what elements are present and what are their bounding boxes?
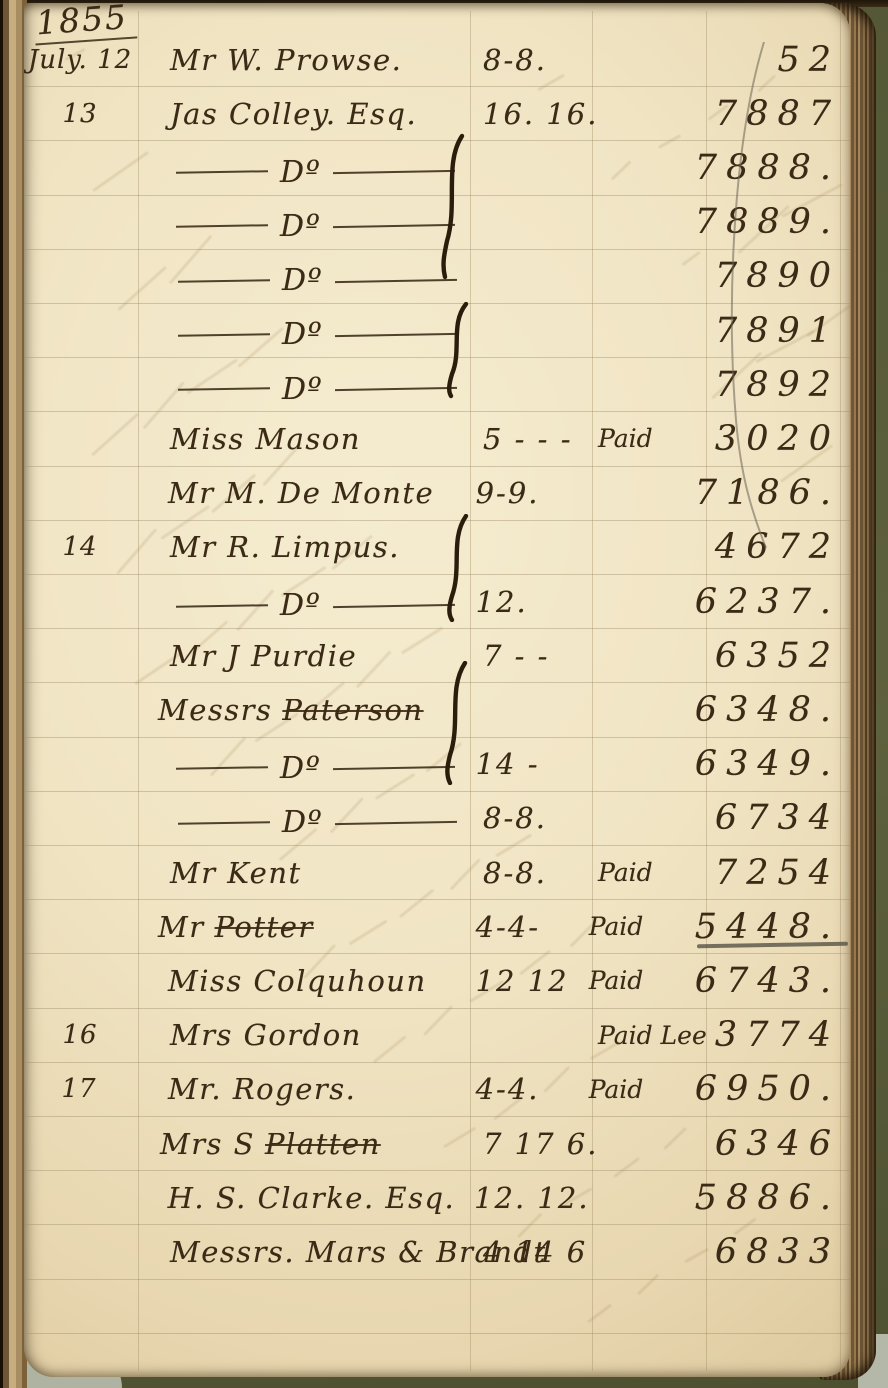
- ledger-row: Mrs SPlatten Dº 7 17 6. 6346: [24, 1117, 850, 1171]
- entry-amount: 12 12: [463, 964, 583, 998]
- ledger-row: 13 Jas Colley. Esq. Dº 16. 16. 7887: [24, 87, 850, 141]
- entry-name-text: Paterson: [282, 693, 423, 727]
- ledger-row: Miss Mason Dº 5 - - - Paid 3020: [24, 412, 850, 466]
- ditto-dash-right: [335, 279, 457, 283]
- ditto-dash-right: [333, 604, 455, 608]
- entry-amount: 12.: [463, 585, 583, 619]
- ledger-row: Messrs. Mars & Brandt Dº 4 14 6 6833: [24, 1225, 850, 1279]
- entry-date: July. 12: [24, 45, 136, 75]
- entry-number: 7891: [706, 311, 850, 351]
- entry-amount: 4 14 6: [470, 1235, 592, 1269]
- paid-note: Paid: [583, 1075, 695, 1104]
- entry-name: Mr J Purdie Dº: [136, 639, 470, 673]
- ditto-label: Dº: [282, 372, 323, 407]
- paid-note: Paid: [592, 424, 706, 453]
- entry-number: 7890: [706, 256, 850, 296]
- ditto-dash-left: [176, 225, 268, 229]
- entry-number: 6346: [706, 1124, 850, 1164]
- ditto-mark: Dº: [178, 805, 457, 840]
- ditto-dash-right: [333, 766, 455, 770]
- entry-number: 5886.: [695, 1178, 850, 1218]
- ditto-dash-left: [178, 821, 270, 825]
- ditto-label: Dº: [282, 317, 323, 352]
- entry-name: Miss Colquhoun Dº: [134, 964, 463, 998]
- entry-number: 6352: [706, 636, 850, 676]
- ditto-label: Dº: [282, 805, 323, 840]
- entry-number: 4672: [706, 527, 850, 567]
- entry-name: Mr W. Prowse. Dº: [136, 43, 470, 77]
- ledger-row: Mr Kent Dº 8-8. Paid 7254: [24, 846, 850, 900]
- ditto-label: Dº: [280, 209, 321, 244]
- ditto-dash-left: [176, 604, 268, 608]
- entry-date: 17: [24, 1074, 134, 1104]
- ditto-dash-left: [178, 279, 270, 283]
- entry-number: 7888.: [695, 148, 850, 188]
- entry-name: H. S. Clarke. Esq. Dº: [134, 1181, 461, 1215]
- entry-number: 7889.: [695, 202, 850, 242]
- ditto-mark: Dº: [176, 751, 455, 786]
- entry-name: Dº: [136, 255, 470, 299]
- ditto-mark: Dº: [178, 372, 457, 407]
- entry-name-text: Mr W. Prowse.: [170, 43, 402, 77]
- entry-name-text: Platten: [265, 1127, 381, 1161]
- entry-amount: 14 -: [463, 747, 583, 781]
- ditto-dash-left: [176, 767, 268, 771]
- ledger-row: Dº 7892: [24, 358, 850, 412]
- ledger-row: MessrsPaterson Dº 6348.: [24, 683, 850, 737]
- ditto-dash-right: [335, 821, 457, 825]
- entry-number: 52: [706, 40, 850, 80]
- entry-name: Messrs. Mars & Brandt Dº: [136, 1235, 470, 1269]
- entry-name-text: Mr J Purdie: [170, 639, 357, 673]
- entry-name: Mr M. De Monte Dº: [134, 476, 463, 510]
- entry-name: Mrs SPlatten Dº: [136, 1127, 470, 1161]
- entry-name-prefix: Mr: [158, 910, 205, 944]
- entry-name-text: Mr. Rogers.: [168, 1072, 356, 1106]
- entry-name: Dº: [136, 309, 470, 353]
- ledger-row: Dº 12. 6237.: [24, 575, 850, 629]
- entry-number: 6348.: [695, 690, 850, 730]
- ditto-dash-right: [333, 224, 455, 228]
- entry-name: Dº: [136, 1289, 470, 1323]
- ditto-mark: Dº: [176, 155, 455, 190]
- entry-name-text: Miss Colquhoun: [168, 964, 427, 998]
- entry-name: Dº: [134, 200, 463, 244]
- paid-note: Paid: [583, 912, 695, 941]
- entry-number: 6950.: [695, 1069, 850, 1109]
- entry-name: Mr. Rogers. Dº: [134, 1072, 463, 1106]
- ledger-row: Miss Colquhoun Dº 12 12 Paid 6743.: [24, 954, 850, 1008]
- ledger-row: Dº: [24, 1280, 850, 1334]
- ledger-row: July. 12 Mr W. Prowse. Dº 8-8. 52: [24, 33, 850, 87]
- ledger-row: Dº 7888.: [24, 141, 850, 195]
- entry-amount: 9-9.: [463, 476, 583, 510]
- entry-name-text: Mr Kent: [170, 856, 302, 890]
- paid-note: Paid: [583, 966, 695, 995]
- ditto-dash-right: [333, 170, 455, 174]
- entry-amount: 8-8.: [470, 43, 592, 77]
- entry-number: 7254: [706, 853, 850, 893]
- entry-name: Mr R. Limpus. Dº: [136, 530, 470, 564]
- ledger-row: Mr J Purdie Dº 7 - - 6352: [24, 629, 850, 683]
- ditto-label: Dº: [282, 263, 323, 298]
- entry-name-prefix: Messrs: [158, 693, 272, 727]
- entry-name: Mrs Gordon Dº: [136, 1018, 470, 1052]
- entry-name: Dº: [136, 797, 470, 841]
- ditto-label: Dº: [280, 588, 321, 623]
- ledger-row: Dº 14 - 6349.: [24, 738, 850, 792]
- ditto-dash-right: [335, 387, 457, 391]
- entry-name-text: Mr R. Limpus.: [170, 530, 400, 564]
- entry-name: Miss Mason Dº: [136, 422, 470, 456]
- entry-name: Dº: [134, 742, 463, 786]
- ditto-dash-left: [176, 170, 268, 174]
- entry-number: 6833: [706, 1232, 850, 1272]
- ditto-dash-left: [178, 387, 270, 391]
- entry-name: Dº: [136, 1343, 470, 1377]
- entry-amount: 8-8.: [470, 856, 592, 890]
- entry-name: MessrsPaterson Dº: [134, 693, 463, 727]
- entry-name: Mr Kent Dº: [136, 856, 470, 890]
- ledger-row: H. S. Clarke. Esq. Dº 12. 12. 5886.: [24, 1171, 850, 1225]
- entry-name: Dº: [134, 580, 463, 624]
- year-heading: 1855: [33, 3, 138, 46]
- ledger-row: Dº 7891: [24, 304, 850, 358]
- entry-amount: 16. 16.: [470, 97, 592, 131]
- entry-number: 6349.: [695, 744, 850, 784]
- entry-date: 14: [24, 532, 136, 562]
- entry-number: 7887: [706, 94, 850, 134]
- paid-note: Paid Lee: [592, 1021, 706, 1050]
- ditto-mark: Dº: [176, 209, 455, 244]
- ledger-row: Mr M. De Monte Dº 9-9. 7186.: [24, 467, 850, 521]
- ditto-mark: Dº: [178, 263, 457, 298]
- entry-number: 7186.: [695, 473, 850, 513]
- entry-amount: 4-4-: [463, 910, 583, 944]
- entry-amount: 8-8.: [470, 801, 592, 835]
- entry-number: 6743.: [695, 961, 850, 1001]
- entry-name-text: Miss Mason: [170, 422, 361, 456]
- entry-name-text: Jas Colley. Esq.: [170, 97, 417, 131]
- entry-name: Dº: [134, 146, 463, 190]
- entry-amount: 7 17 6.: [470, 1127, 592, 1161]
- ledger-row: Dº 7890: [24, 250, 850, 304]
- entry-date: 13: [24, 99, 136, 129]
- ledger-row: Dº 8-8. 6734: [24, 792, 850, 846]
- entry-amount: 7 - -: [470, 639, 592, 673]
- ledger-row: Dº: [24, 1334, 850, 1377]
- ditto-mark: Dº: [176, 588, 455, 623]
- entry-name: Dº: [136, 363, 470, 407]
- ledger-row: 17 Mr. Rogers. Dº 4-4. Paid 6950.: [24, 1063, 850, 1117]
- entry-number: 6237.: [695, 582, 850, 622]
- ditto-dash-right: [335, 333, 457, 337]
- ledger-page: 1855 July. 12 Mr W. Prowse. Dº 8-8. 52 1…: [24, 3, 850, 1377]
- entry-number: 5448.: [695, 907, 850, 947]
- entry-amount: 4-4.: [463, 1072, 583, 1106]
- paid-note: Paid: [592, 858, 706, 887]
- entry-name: Jas Colley. Esq. Dº: [136, 97, 470, 131]
- ledger-row: 14 Mr R. Limpus. Dº 4672: [24, 521, 850, 575]
- ditto-mark: Dº: [178, 317, 457, 352]
- entry-amount: 12. 12.: [461, 1181, 583, 1215]
- scanned-ledger-photo: { "header": { "year": "1855" }, "ditto_l…: [0, 0, 888, 1388]
- ledger-row: 16 Mrs Gordon Dº Paid Lee 3774: [24, 1009, 850, 1063]
- entry-number: 7892: [706, 365, 850, 405]
- book-binding-left-edge: [0, 0, 27, 1388]
- entry-number: 6734: [706, 798, 850, 838]
- entry-name: MrPotter Dº: [134, 910, 463, 944]
- entry-name-text: Potter: [215, 910, 314, 944]
- entry-date: 16: [24, 1020, 136, 1050]
- ditto-dash-left: [178, 333, 270, 337]
- ledger-row: Dº 7889.: [24, 196, 850, 250]
- entry-name-text: H. S. Clarke. Esq.: [168, 1181, 456, 1215]
- ledger-rows: July. 12 Mr W. Prowse. Dº 8-8. 52 13 Jas…: [24, 3, 850, 1377]
- entry-name-prefix: Mrs S: [160, 1127, 255, 1161]
- ditto-label: Dº: [280, 751, 321, 786]
- entry-name-text: Mr M. De Monte: [168, 476, 434, 510]
- ledger-row: MrPotter Dº 4-4- Paid 5448.: [24, 900, 850, 954]
- entry-number: 3020: [706, 419, 850, 459]
- ditto-label: Dº: [280, 155, 321, 190]
- entry-amount: 5 - - -: [470, 422, 592, 456]
- entry-number: 3774: [706, 1015, 850, 1055]
- entry-name-text: Mrs Gordon: [170, 1018, 362, 1052]
